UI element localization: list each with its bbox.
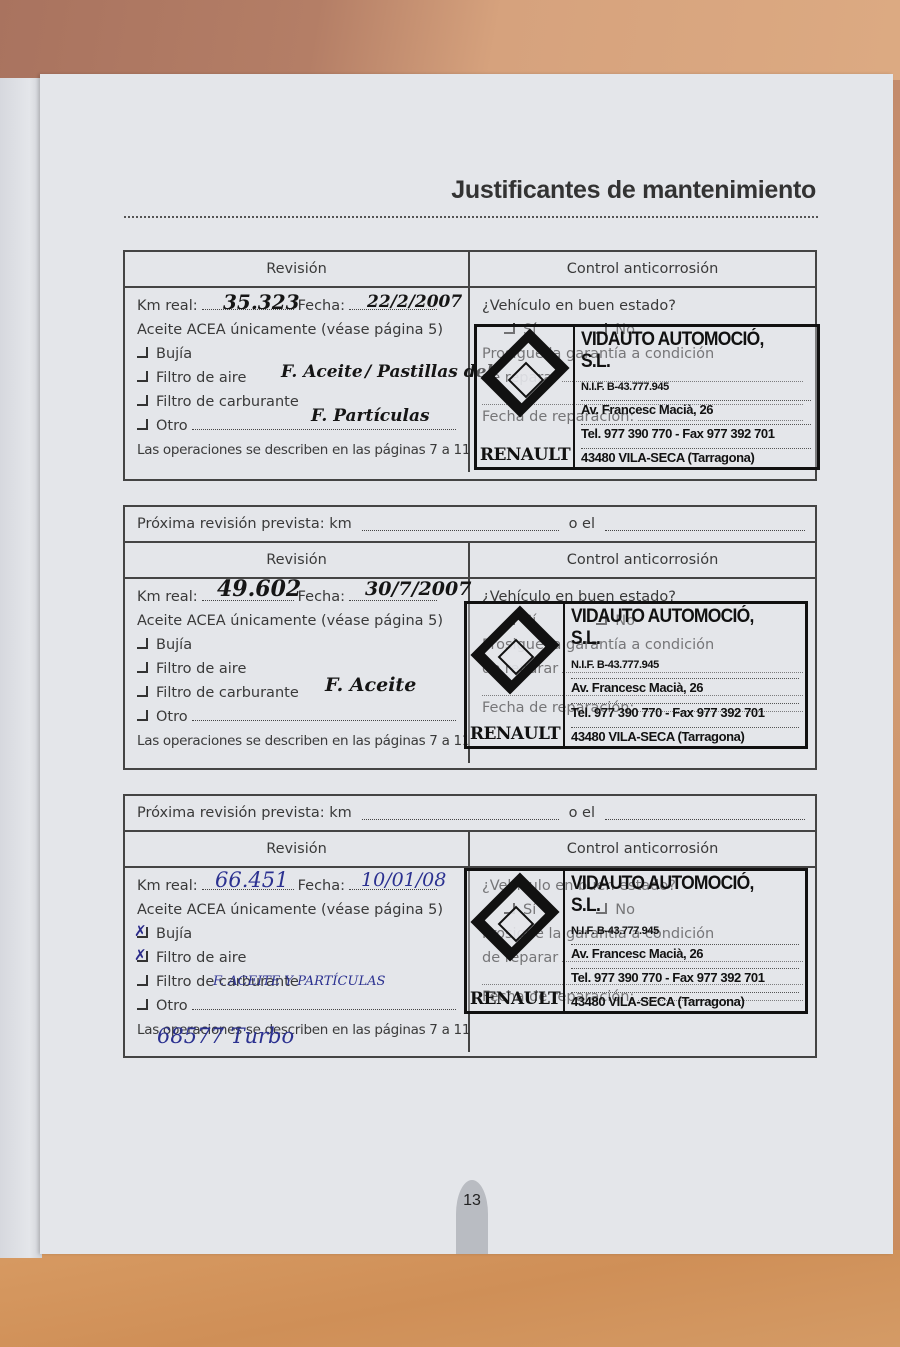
km-label: Km real: [137,294,198,318]
handwritten-fecha: 10/01/08 [361,868,446,892]
revision-header: Revisión [125,543,468,579]
revision-header: Revisión [125,832,468,868]
filtro-aire-label: Filtro de aire [156,657,246,681]
company-name: VIDAUTO AUTOMOCIÓ, S.L. [571,606,781,650]
facing-page-edge [0,78,42,1258]
company-address: Av. Francesc Macià, 26 [571,944,799,961]
km-label: Km real: [137,585,198,609]
bujia-label: Bujía [156,342,192,366]
company-address: Av. Francesc Macià, 26 [571,678,799,695]
filtro-aire-label: Filtro de aire [156,366,246,390]
control-header: Control anticorrosión [470,543,815,579]
control-column: Control anticorrosión ¿Vehículo en buen … [470,543,815,763]
otro-field[interactable] [192,706,456,721]
handwritten-note: F. Aceite [325,673,416,697]
otro-field[interactable] [192,995,456,1010]
maintenance-record-2: Próxima revisión prevista: km o el Revis… [123,505,817,770]
filtro-carburante-checkbox[interactable] [137,686,148,697]
filtro-aire-checkbox[interactable] [137,662,148,673]
o-el-label: o el [569,516,595,532]
company-name: VIDAUTO AUTOMOCIÓ, S.L. [571,873,781,917]
otro-checkbox[interactable] [137,999,148,1010]
company-phone: Tel. 977 390 770 - Fax 977 392 701 [571,703,799,720]
revision-column: Revisión Km real:Fecha: Aceite ACEA únic… [125,832,470,1052]
proxima-fecha-field[interactable] [605,518,805,531]
fecha-label: Fecha: [298,294,345,318]
bujia-checkbox[interactable] [137,638,148,649]
brand-name: RENAULT [469,724,561,744]
page-number-tab: 13 [456,1180,488,1254]
dealer-stamp: RENAULT VIDAUTO AUTOMOCIÓ, S.L. N.I.F. B… [464,601,808,749]
company-address: Av. Francesc Macià, 26 [581,400,811,417]
vehiculo-question: ¿Vehículo en buen estado? [482,294,803,318]
fecha-label: Fecha: [298,585,345,609]
revision-header: Revisión [125,252,468,288]
dealer-stamp: RENAULT VIDAUTO AUTOMOCIÓ, S.L. N.I.F. B… [464,868,808,1014]
wood-table-background-top [0,0,900,80]
bujia-label: Bujía [156,922,192,946]
aceite-line: Aceite ACEA únicamente (véase página 5) [137,609,456,633]
page-title: Justificantes de mantenimiento [451,176,816,205]
handwritten-km: 49.602 [217,577,301,601]
handwritten-otro: F. ACEITE Y PARTÍCULAS [213,970,385,994]
proxima-km-field[interactable] [362,807,559,820]
handwritten-note: F. Partículas [311,404,430,428]
control-column: Control anticorrosión ¿Vehículo en buen … [470,252,815,472]
renault-logo: RENAULT [467,604,565,746]
company-nif: N.I.F. B-43.777.945 [571,924,799,937]
aceite-line: Aceite ACEA únicamente (véase página 5) [137,318,456,342]
handwritten-note: F. Aceite [281,360,363,384]
handwritten-note: 68577 Turbo [157,1024,294,1048]
otro-label: Otro [156,705,188,729]
title-rule [124,216,818,218]
company-city: 43480 VILA-SECA (Tarragona) [571,727,799,744]
handwritten-km: 35.323 [223,290,300,314]
handwritten-km: 66.451 [215,868,288,892]
maintenance-record-1: Revisión Km real:Fecha: Aceite ACEA únic… [123,250,817,481]
revision-column: Revisión Km real:Fecha: Aceite ACEA únic… [125,543,470,763]
control-header: Control anticorrosión [470,252,815,288]
handwritten-fecha: 30/7/2007 [365,577,471,601]
proxima-label: Próxima revisión prevista: km [137,516,352,532]
fecha-label: Fecha: [298,874,345,898]
proxima-fecha-field[interactable] [605,807,805,820]
maintenance-record-3: Próxima revisión prevista: km o el Revis… [123,794,817,1058]
wood-table-background-bottom [0,1250,900,1347]
company-nif: N.I.F. B-43.777.945 [571,658,799,671]
filtro-carburante-label: Filtro de carburante [156,390,299,414]
handwritten-fecha: 22/2/2007 [367,290,462,314]
company-phone: Tel. 977 390 770 - Fax 977 392 701 [581,424,811,441]
operaciones-note: Las operaciones se describen en las pági… [137,729,456,753]
control-header: Control anticorrosión [470,832,815,868]
company-name: VIDAUTO AUTOMOCIÓ, S.L. [581,329,793,373]
filtro-carburante-checkbox[interactable] [137,975,148,986]
bujia-checkbox[interactable] [137,347,148,358]
otro-checkbox[interactable] [137,419,148,430]
bujia-checkbox[interactable] [137,927,148,938]
proxima-km-field[interactable] [362,518,559,531]
aceite-line: Aceite ACEA únicamente (véase página 5) [137,898,456,922]
filtro-aire-label: Filtro de aire [156,946,246,970]
renault-logo: RENAULT [477,327,575,467]
brand-name: RENAULT [469,989,561,1009]
operaciones-note: Las operaciones se describen en las pági… [137,438,456,462]
company-nif: N.I.F. B-43.777.945 [581,380,811,393]
company-city: 43480 VILA-SECA (Tarragona) [581,448,811,465]
dealer-stamp: RENAULT VIDAUTO AUTOMOCIÓ, S.L. N.I.F. B… [474,324,820,470]
filtro-carburante-checkbox[interactable] [137,395,148,406]
proxima-label: Próxima revisión prevista: km [137,805,352,821]
o-el-label: o el [569,805,595,821]
filtro-carburante-label: Filtro de carburante [156,681,299,705]
filtro-aire-checkbox[interactable] [137,951,148,962]
brand-name: RENAULT [479,445,571,465]
control-column: Control anticorrosión ¿Vehículo en buen … [470,832,815,1052]
km-label: Km real: [137,874,198,898]
otro-checkbox[interactable] [137,710,148,721]
company-city: 43480 VILA-SECA (Tarragona) [571,992,799,1009]
company-phone: Tel. 977 390 770 - Fax 977 392 701 [571,968,799,985]
otro-label: Otro [156,414,188,438]
revision-column: Revisión Km real:Fecha: Aceite ACEA únic… [125,252,470,472]
filtro-aire-checkbox[interactable] [137,371,148,382]
renault-logo: RENAULT [467,871,565,1011]
otro-label: Otro [156,994,188,1018]
bujia-label: Bujía [156,633,192,657]
